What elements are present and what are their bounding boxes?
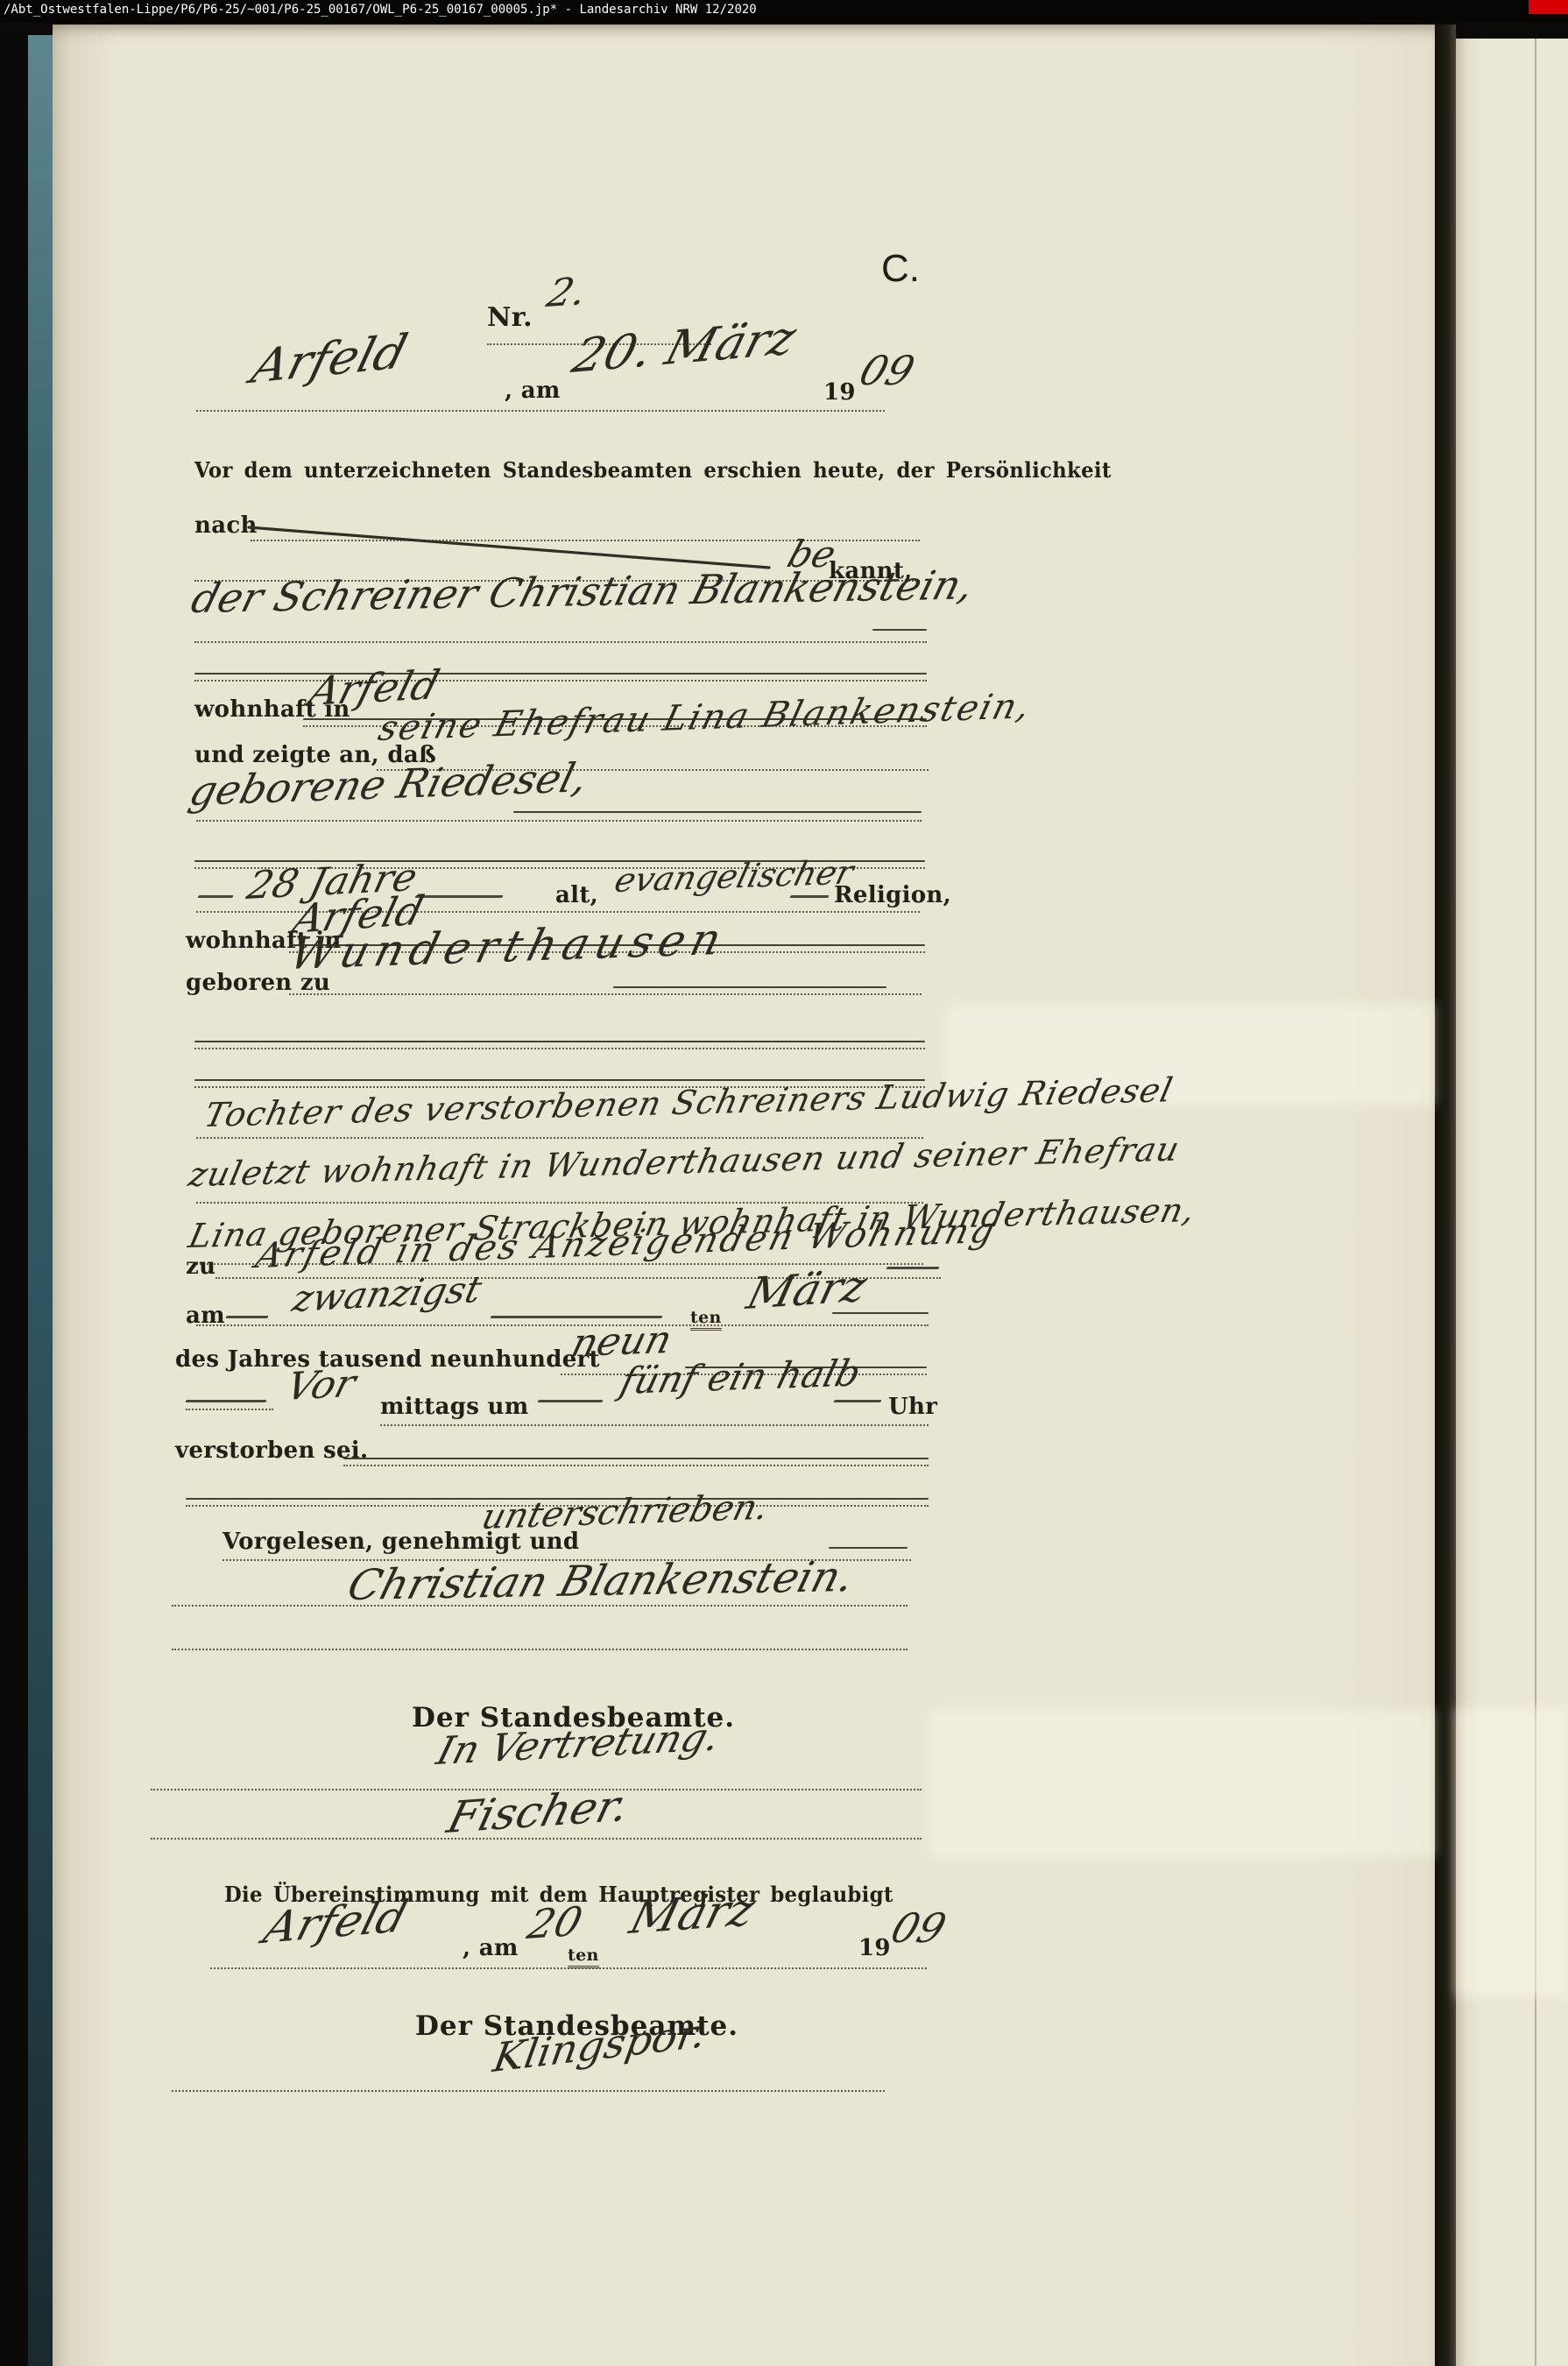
page-gap-shadow [1435, 25, 1456, 2366]
certification-day-handwritten: 20 [524, 1901, 586, 1945]
ruled-line [194, 673, 927, 674]
ruled-line [513, 811, 922, 813]
ruled-line [186, 1409, 273, 1410]
declarant-signature-handwritten: Christian Blankenstein. [343, 1556, 858, 1607]
ruled-line [832, 1312, 929, 1314]
death-year-handwritten: neun [568, 1321, 675, 1363]
death-year-label: des Jahres tausend neunhundert [175, 1347, 600, 1373]
handwritten-dash [833, 1400, 881, 1402]
verstorben-label: verstorben sei. [175, 1438, 368, 1464]
vorgelesen-value-handwritten: unterschrieben. [478, 1490, 773, 1535]
handwritten-dash [490, 1316, 662, 1318]
ruled-line [196, 820, 922, 822]
registrar-signature-handwritten: Fischer. [443, 1783, 633, 1840]
ruled-line [210, 1967, 927, 1969]
uhr-label: Uhr [888, 1395, 937, 1420]
handwritten-dash [197, 895, 233, 898]
wohnhaft-value-1-handwritten: Arfeld [305, 665, 443, 711]
ruled-line [172, 2090, 885, 2092]
handwritten-dash [537, 1400, 603, 1402]
certification-place-handwritten: Arfeld [259, 1895, 412, 1950]
viewer-window: /Abt_Ostwestfalen-Lippe/P6/P6-25/~001/P6… [0, 0, 1568, 2366]
death-day-handwritten: zwanzigst [289, 1271, 485, 1317]
ruled-line [172, 1605, 908, 1607]
daytime-handwritten: Vor [282, 1365, 359, 1407]
adjacent-page [1456, 39, 1568, 2366]
ruled-line [194, 1041, 925, 1042]
ruled-line [872, 629, 927, 631]
paper-light-patch [929, 1710, 1433, 1857]
ruled-line [151, 1838, 922, 1840]
certification-am-label: , am [463, 1936, 519, 1961]
certification-month-handwritten: März [625, 1888, 759, 1941]
religion-handwritten: evangelischer [611, 856, 857, 897]
form-letter-c: C. [881, 247, 920, 290]
ruled-line [194, 1048, 925, 1049]
ruled-line [343, 1458, 929, 1459]
titlebar-path-text: /Abt_Ostwestfalen-Lippe/P6/P6-25/~001/P6… [4, 3, 757, 17]
ruled-line [289, 993, 922, 995]
ruled-line [172, 1649, 908, 1650]
death-time-handwritten: fünf ein halb [617, 1355, 865, 1400]
paper-light-patch [1456, 1708, 1568, 1997]
death-month-handwritten: März [743, 1264, 872, 1316]
alt-label: alt, [555, 883, 598, 908]
ruled-line [196, 1324, 929, 1326]
ruled-line [194, 680, 927, 682]
certification-ten-label: ten [568, 1946, 599, 1968]
mittags-label: mittags um [380, 1395, 529, 1420]
adjacent-page-crease [1535, 39, 1536, 2366]
religion-label: Religion, [834, 883, 951, 908]
window-titlebar: /Abt_Ostwestfalen-Lippe/P6/P6-25/~001/P6… [0, 0, 1568, 23]
nr-label: Nr. [487, 303, 533, 333]
ten-label: ten [690, 1309, 722, 1331]
handwritten-dash [886, 1267, 939, 1269]
ruled-line [829, 1547, 908, 1549]
ruled-line [380, 1424, 929, 1426]
ruled-line [194, 641, 927, 643]
red-marker [1529, 0, 1568, 14]
handwritten-dash [185, 1400, 266, 1402]
handwritten-dash [789, 895, 829, 898]
am-label: , am [505, 378, 561, 404]
ruled-line [613, 986, 886, 988]
book-cover-edge [28, 35, 54, 2366]
handwritten-dash [225, 1316, 268, 1318]
year-printed-prefix: 19 [823, 380, 856, 406]
zu-label: zu [186, 1254, 215, 1280]
ruled-line [196, 410, 885, 412]
ruled-line [343, 1465, 929, 1466]
intro-line1: Vor dem unterzeichneten Standesbeamten e… [194, 459, 1112, 483]
handwritten-dash [414, 895, 503, 898]
